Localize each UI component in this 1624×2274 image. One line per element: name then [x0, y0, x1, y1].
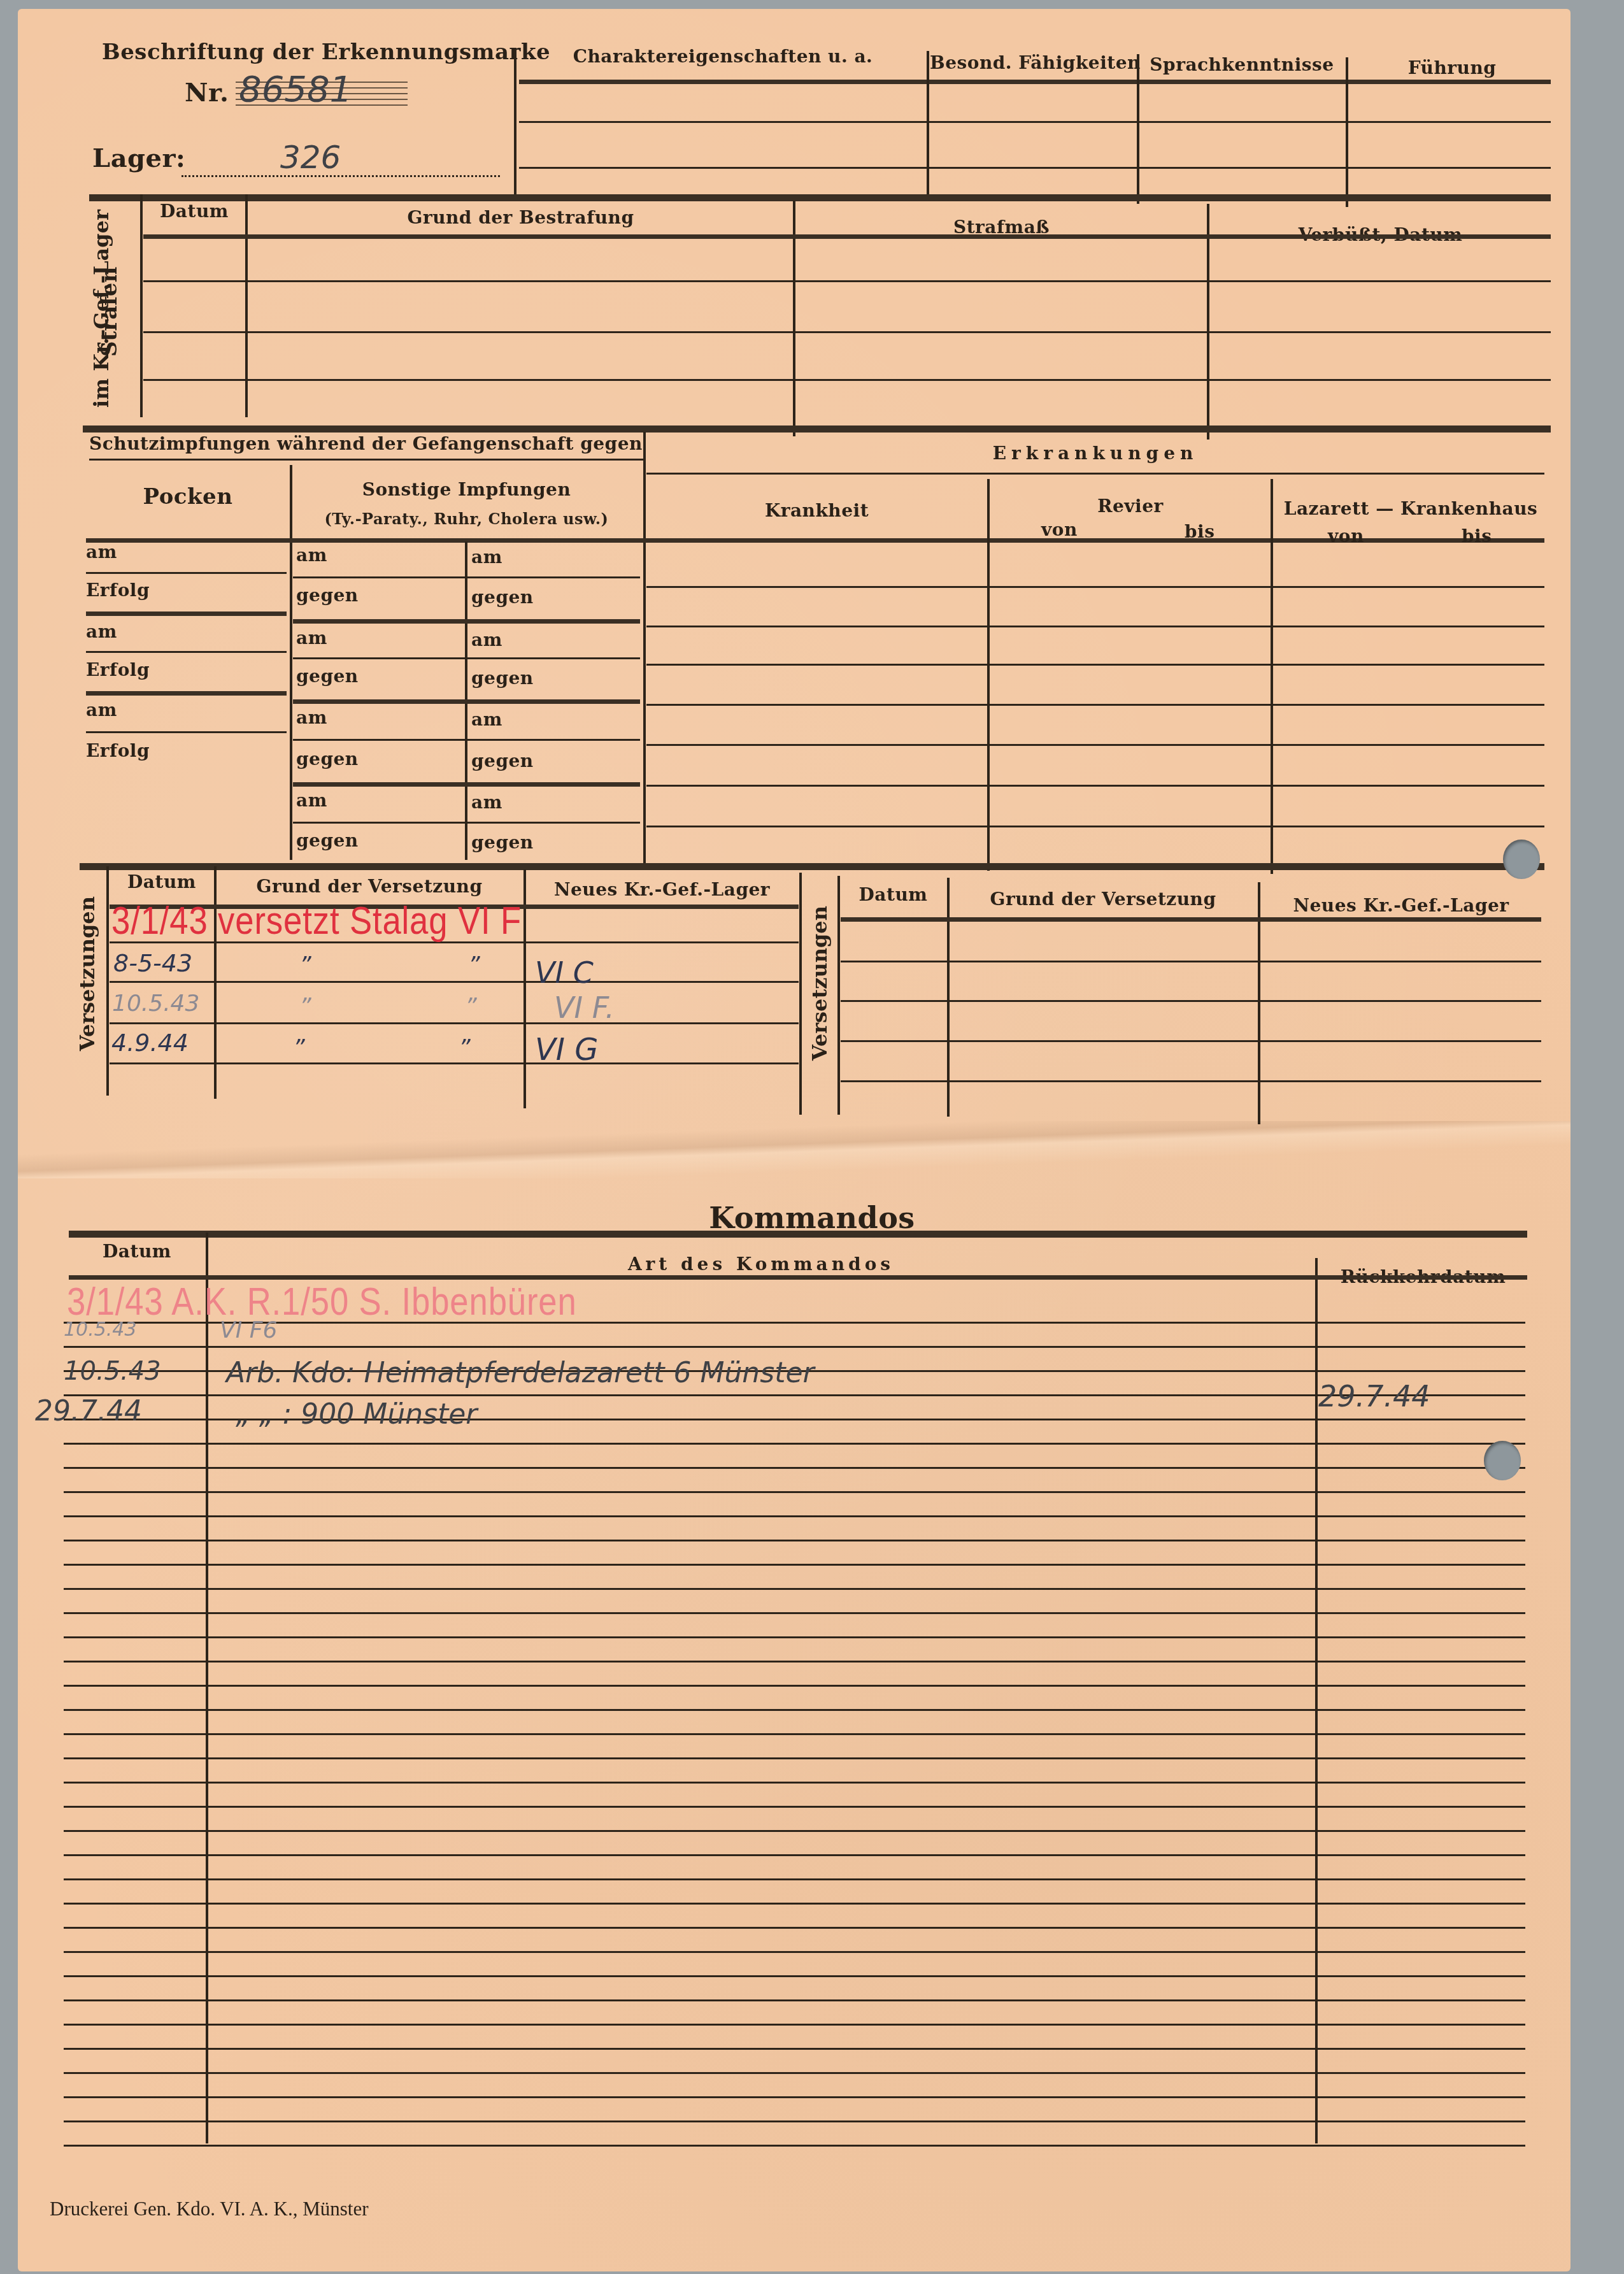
kdo-row2-datum: 10.5.43	[64, 1357, 161, 1386]
revier-header: Revier	[990, 496, 1271, 517]
sonstige-gegen: gegen	[471, 587, 534, 608]
rule	[64, 1346, 1525, 1348]
rule	[64, 2048, 1525, 2050]
lazarett-header: Lazarett — Krankenhaus	[1274, 498, 1548, 519]
vers-row2-datum: 10.5.43	[112, 990, 199, 1017]
rule	[293, 619, 640, 624]
rule	[86, 538, 1544, 543]
rule	[646, 704, 1544, 706]
sonstige-am: am	[296, 627, 327, 648]
divider	[106, 866, 109, 1096]
rule	[293, 739, 640, 741]
rule	[64, 1733, 1525, 1735]
vers-row2-lager: VI F.	[554, 990, 615, 1025]
rule	[646, 586, 1544, 588]
sonstige-am: am	[471, 792, 502, 813]
kommandos-header-art: Art des Kommandos	[210, 1254, 1312, 1275]
rule	[110, 981, 799, 983]
nr-value: 86581	[239, 69, 352, 110]
rule	[64, 1467, 1525, 1469]
punch-hole	[1484, 1441, 1521, 1480]
divider	[206, 1233, 208, 2143]
rule	[64, 1806, 1525, 1808]
sonstige-am: am	[471, 629, 502, 650]
lager-value: 326	[280, 139, 341, 176]
rule	[64, 1685, 1525, 1687]
sonstige-am: am	[471, 709, 502, 730]
sonstige-am: am	[296, 790, 327, 811]
pocken-erfolg-2: Erfolg	[86, 659, 150, 680]
rule	[64, 1612, 1525, 1614]
rule	[841, 961, 1541, 962]
divider	[290, 465, 292, 860]
versetzungen-side-label-right: Versetzungen	[808, 906, 832, 1061]
rule	[64, 1443, 1525, 1445]
pocken-erfolg-3: Erfolg	[86, 740, 150, 761]
rule	[64, 2096, 1525, 2098]
vers-right-header-datum: Datum	[841, 884, 946, 905]
sonstige-gegen: gegen	[296, 748, 359, 769]
rule	[646, 826, 1544, 827]
vers-left-header-datum: Datum	[110, 871, 214, 892]
vers-left-header-grund: Grund der Versetzung	[217, 876, 522, 897]
vers-row3-grund: ”	[293, 1035, 305, 1061]
rule	[83, 425, 1551, 433]
rule	[64, 1709, 1525, 1711]
rule	[80, 863, 1544, 870]
kdo-row1-art: VI F6	[220, 1317, 277, 1343]
divider	[1315, 1258, 1318, 2143]
erkennungsmarke-title: Beschriftung der Erkennungsmarke	[102, 39, 497, 65]
rule	[86, 611, 287, 616]
rule	[64, 1757, 1525, 1759]
rule	[64, 1975, 1525, 1977]
rule	[64, 1854, 1525, 1856]
rule	[646, 664, 1544, 666]
divider	[514, 48, 516, 197]
pocken-am-1: am	[86, 541, 117, 562]
rule	[519, 121, 1551, 123]
erkrankungen-title: Erkrankungen	[646, 443, 1544, 464]
rule	[86, 731, 287, 733]
header-charaktereigenschaften: Charaktereigenschaften u. a.	[519, 46, 927, 67]
lager-label: Lager:	[92, 143, 185, 173]
rule	[519, 80, 1551, 84]
divider	[1346, 57, 1348, 207]
strafen-side-label-top: Strafen	[97, 267, 122, 357]
header-fuehrung: Führung	[1350, 57, 1554, 78]
vers-row1-datum: 8-5-43	[113, 949, 192, 977]
vers-row1-grund: ”	[299, 952, 311, 978]
kommandos-title: Kommandos	[0, 1201, 1624, 1235]
kdo-row3-datum: 29.7.44	[35, 1395, 142, 1427]
rule	[64, 2072, 1525, 2074]
divider	[1207, 204, 1209, 440]
rule	[64, 1830, 1525, 1832]
rule	[293, 782, 640, 787]
rule	[293, 822, 640, 824]
rule	[143, 331, 1551, 333]
vers-right-header-lager: Neues Kr.-Gef.-Lager	[1261, 895, 1541, 916]
rule	[64, 2120, 1525, 2122]
sonstige-gegen: gegen	[296, 830, 359, 851]
rule	[293, 576, 640, 578]
nr-label: Nr.	[185, 78, 229, 108]
vers-row1-lager: VI C	[535, 955, 594, 990]
divider	[837, 876, 840, 1115]
rule	[110, 1062, 799, 1064]
printer-imprint: Druckerei Gen. Kdo. VI. A. K., Münster	[50, 2198, 369, 2220]
rule	[64, 1927, 1525, 1929]
vers-row2-grund: ”	[299, 994, 311, 1020]
rule	[143, 234, 1551, 239]
pocken-am-3: am	[86, 699, 117, 720]
rule	[841, 1040, 1541, 1042]
vers-left-header-lager: Neues Kr.-Gef.-Lager	[527, 879, 797, 900]
punch-hole	[1503, 840, 1540, 879]
schutzimpfungen-title: Schutzimpfungen während der Gefangenscha…	[89, 433, 643, 454]
rule	[64, 1540, 1525, 1541]
sonstige-subheader: (Ty.-Paraty., Ruhr, Cholera usw.)	[293, 510, 640, 528]
rule	[293, 657, 640, 659]
sonstige-am: am	[296, 707, 327, 728]
lazarett-von: von	[1328, 526, 1364, 547]
pocken-am-2: am	[86, 621, 117, 642]
revier-bis: bis	[1185, 521, 1214, 542]
sonstige-gegen: gegen	[296, 666, 359, 687]
rule	[64, 2145, 1525, 2147]
divider	[1137, 54, 1139, 204]
pocken-header: Pocken	[89, 484, 287, 510]
sonstige-gegen: gegen	[296, 585, 359, 606]
rule	[293, 699, 640, 704]
vers-row3-datum: 4.9.44	[111, 1029, 189, 1057]
rule	[64, 1515, 1525, 1517]
revier-von: von	[1041, 519, 1078, 540]
rule	[143, 280, 1551, 282]
sonstige-am: am	[471, 547, 502, 568]
kdo-row3-art: „ „ : 900 Münster	[236, 1398, 477, 1431]
vers-row3-lager: VI G	[535, 1032, 598, 1068]
paper-fold	[18, 1121, 1571, 1178]
kommando-stamp: 3/1/43 A.K. R.1/50 S. Ibbenbüren	[67, 1279, 577, 1324]
rule	[64, 2024, 1525, 2026]
divider	[245, 194, 248, 417]
divider	[799, 873, 802, 1115]
rule	[89, 459, 643, 461]
lazarett-bis: bis	[1462, 526, 1492, 547]
rule	[64, 1636, 1525, 1638]
pocken-erfolg-1: Erfolg	[86, 580, 150, 601]
rule	[841, 1000, 1541, 1002]
rule	[64, 1951, 1525, 1953]
divider	[643, 432, 646, 865]
rule	[143, 379, 1551, 381]
sonstige-gegen: gegen	[471, 750, 534, 771]
vers-row3-grund: ”	[459, 1035, 471, 1061]
rule	[646, 626, 1544, 627]
divider	[140, 194, 143, 417]
vers-row1-grund: ”	[468, 952, 480, 978]
versetzungen-side-label-left: Versetzungen	[75, 896, 99, 1051]
rule	[86, 572, 287, 574]
divider	[1271, 479, 1273, 874]
rule	[86, 651, 287, 653]
strafen-header-grund: Grund der Bestrafung	[248, 207, 793, 228]
vers-right-header-grund: Grund der Versetzung	[950, 889, 1256, 910]
rule	[64, 1564, 1525, 1566]
rule	[519, 167, 1551, 169]
rule	[646, 473, 1544, 475]
sonstige-gegen: gegen	[471, 668, 534, 689]
divider	[987, 479, 990, 871]
rule	[110, 1022, 799, 1024]
rule	[86, 691, 287, 696]
sonstige-gegen: gegen	[471, 832, 534, 853]
rule	[64, 1878, 1525, 1880]
header-sprachkenntnisse: Sprachkenntnisse	[1140, 54, 1344, 75]
rule	[64, 1491, 1525, 1493]
rule	[64, 1661, 1525, 1663]
rule	[841, 917, 1541, 922]
rule	[64, 1999, 1525, 2001]
versetzung-stamp: 3/1/43 versetzt Stalag VI F	[111, 898, 522, 943]
kdo-row1-datum: 10.5.43	[64, 1319, 137, 1341]
kdo-row2-art: Arb. Kdo: Heimatpferdelazarett 6 Münster	[226, 1357, 815, 1389]
rule	[646, 744, 1544, 746]
rule	[64, 1782, 1525, 1784]
rule	[64, 1903, 1525, 1905]
rule	[64, 1588, 1525, 1590]
rule	[646, 785, 1544, 787]
header-besond-faehigkeiten: Besond. Fähigkeiten	[930, 52, 1134, 73]
rule	[69, 1231, 1527, 1238]
vers-row2-grund: ”	[465, 994, 477, 1020]
rule	[841, 1080, 1541, 1082]
krankheit-header: Krankheit	[646, 500, 987, 521]
sonstige-am: am	[296, 545, 327, 566]
rule	[89, 194, 1551, 201]
divider	[927, 51, 929, 201]
strafen-header-datum: Datum	[143, 201, 245, 222]
rule	[64, 1394, 1525, 1396]
kdo-row2-rueckkehr: 29.7.44	[1318, 1379, 1430, 1413]
kommandos-header-datum: Datum	[70, 1241, 204, 1262]
sonstige-header: Sonstige Impfungen	[293, 479, 640, 500]
